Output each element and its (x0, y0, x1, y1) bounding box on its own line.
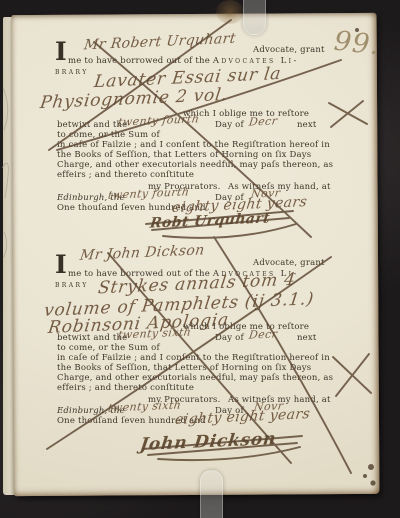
return-day-handwritten: twenty fourth (117, 113, 200, 128)
printed-restore: which I oblige me to reſtore (183, 322, 309, 332)
printed-next: next (297, 333, 317, 343)
plastic-holding-tab-top (243, 0, 266, 35)
printed-advocate-grant: Advocate, grant (253, 258, 325, 268)
printed-to-come: to come, or the Sum of (57, 343, 160, 353)
printed-books-session: the Books of Seſſion, that Letters of Ho… (57, 363, 311, 373)
printed-brary: brary (55, 67, 89, 77)
printed-brary: brary (55, 280, 89, 290)
printed-failzie: in caſe of Failzie ; and I conſent to th… (57, 140, 330, 150)
drop-cap-initial: I (55, 41, 67, 63)
return-month-handwritten: Decr (248, 115, 278, 127)
printed-failzie: in caſe of Failzie ; and I conſent to th… (57, 353, 330, 363)
printed-effeirs: effeirs ; and thereto conſtitute (57, 170, 194, 180)
printed-charge: Charge, and other executorials needful, … (57, 373, 333, 383)
printed-next: next (297, 120, 317, 130)
printed-books-session: the Books of Seſſion, that Letters of Ho… (57, 150, 311, 160)
top-edge-stain (216, 0, 244, 24)
printed-to-come: to come, or the Sum of (57, 130, 160, 140)
printed-day-of: Day of (215, 120, 244, 130)
drop-cap-initial: I (55, 254, 67, 276)
return-month-handwritten: Decr (248, 328, 278, 340)
printed-charge: Charge, and other executorials needful, … (57, 160, 333, 170)
printed-restore: which I oblige me to reſtore (183, 109, 309, 119)
return-day-handwritten: twenty sixth (117, 326, 192, 340)
plastic-holding-tab-bottom (200, 470, 223, 518)
printed-advocate-grant: Advocate, grant (253, 45, 325, 55)
printed-effeirs: effeirs ; and thereto conſtitute (57, 383, 194, 393)
printed-borrowed-pre: me to have borrowed out of the (68, 56, 210, 66)
signed-day-handwritten: twenty sixth (107, 399, 182, 413)
signed-day-handwritten: twenty fourth (107, 186, 190, 201)
printed-day-of: Day of (215, 333, 244, 343)
page-number: 99. (333, 26, 382, 62)
